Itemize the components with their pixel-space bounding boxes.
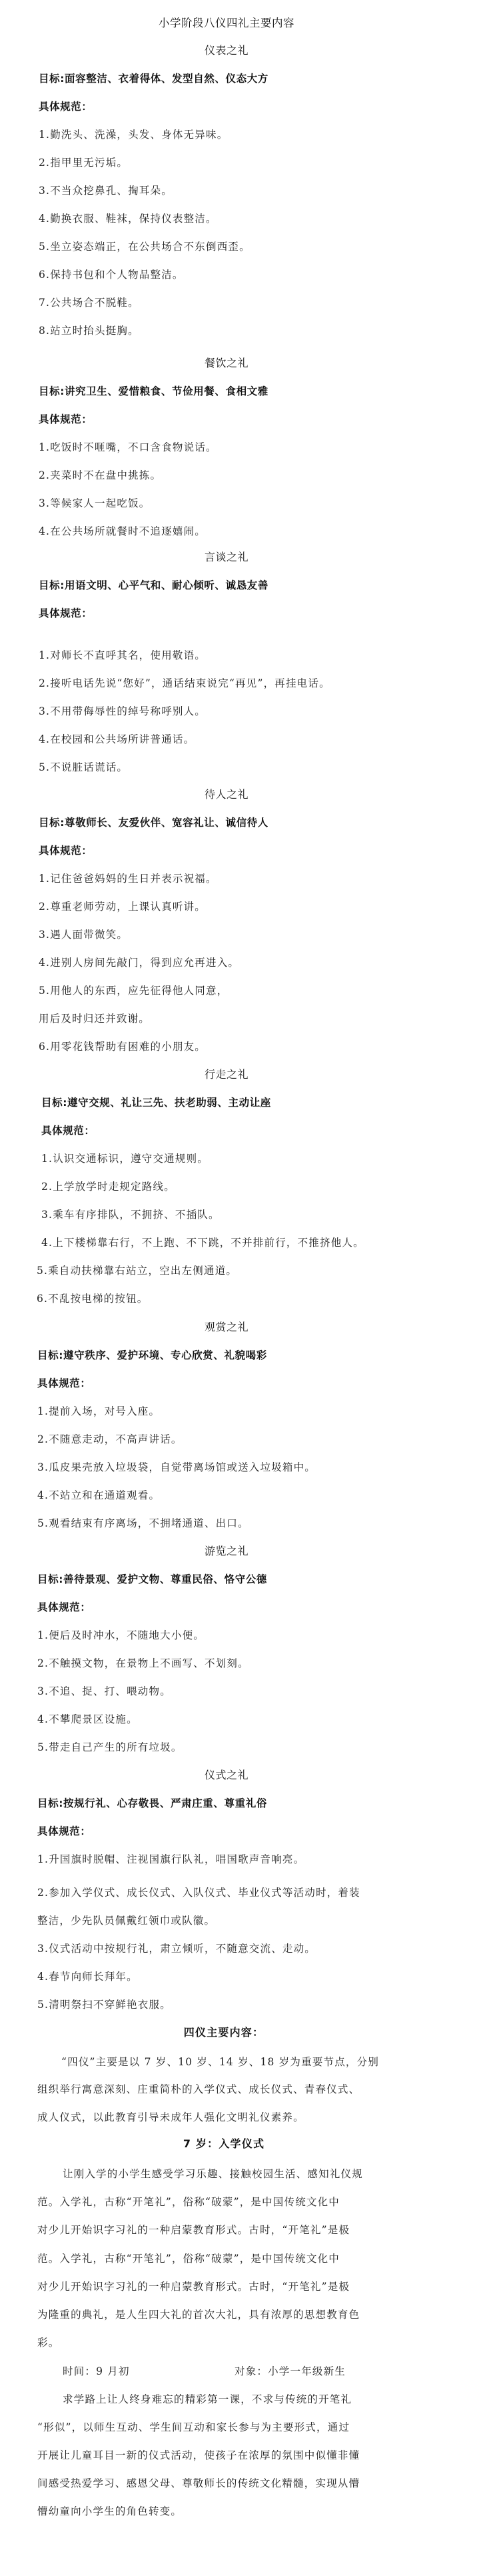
paragraph-line: 对少儿开始识字习礼的一种启蒙教育形式。古时，“开笔礼”是极	[37, 2223, 350, 2237]
section-heading-treating-others: 待人之礼	[0, 787, 453, 802]
section-goal: 目标:用语文明、心平气和、耐心倾听、诚恳友善	[39, 578, 268, 593]
list-item: 3.不当众挖鼻孔、掏耳朵。	[39, 183, 173, 198]
list-item: 1.升国旗时脱帽、注视国旗行队礼，唱国歌声音响亮。	[37, 1852, 304, 1867]
list-item: 1.吃饭时不咂嘴，不口含食物说话。	[39, 440, 217, 455]
paragraph-line: “形似”，以师生互动、学生间互动和家长参与为主要形式，通过	[37, 2420, 350, 2435]
section-goal: 目标:面容整洁、衣着得体、发型自然、仪态大方	[39, 71, 268, 86]
list-item: 2.接听电话先说“您好”，通话结束说完“再见”，再挂电话。	[39, 676, 330, 691]
list-item: 5.观看结束有序离场，不拥堵通道、出口。	[37, 1516, 249, 1531]
list-item: 1.对师长不直呼其名，使用敬语。	[39, 648, 206, 663]
spec-label: 具体规范：	[41, 1123, 95, 1138]
age7-heading: 7 岁：入学仪式	[0, 2137, 448, 2151]
spec-label: 具体规范：	[37, 1600, 91, 1615]
list-item: 6.用零花钱帮助有困难的小朋友。	[39, 1039, 206, 1054]
list-item: 5.用他人的东西，应先征得他人同意，	[39, 983, 228, 998]
list-item: 1.便后及时冲水，不随地大小便。	[37, 1628, 205, 1643]
list-item: 5.坐立姿态端正，在公共场合不东倒西歪。	[39, 239, 250, 254]
spec-label: 具体规范：	[37, 1824, 91, 1839]
paragraph-line: 间感受热爱学习、感恩父母、尊敬师长的传统文化精髓，实现从懵	[37, 2476, 360, 2491]
paragraph-line: 对少儿开始识字习礼的一种启蒙教育形式。古时，“开笔礼”是极	[37, 2279, 350, 2294]
list-item: 2.指甲里无污垢。	[39, 155, 128, 170]
paragraph-line: 开展让儿童耳目一新的仪式活动，使孩子在浓厚的氛围中似懂非懂	[37, 2448, 360, 2463]
section-heading-dining: 餐饮之礼	[0, 356, 453, 371]
paragraph-line: 懵幼童向小学生的角色转变。	[37, 2504, 182, 2519]
list-item: 2.不随意走动，不高声讲话。	[37, 1432, 183, 1447]
section-goal: 目标:尊敬师长、友爱伙伴、宽容礼让、诚信待人	[39, 815, 268, 830]
list-item: 2.夹菜时不在盘中挑拣。	[39, 468, 161, 483]
section-goal: 目标:遵守交规、礼让三先、扶老助弱、主动让座	[41, 1095, 271, 1110]
list-item: 3.瓜皮果壳放入垃圾袋，自觉带离场馆或送入垃圾箱中。	[37, 1460, 316, 1475]
spec-label: 具体规范：	[37, 1376, 91, 1391]
document-title: 小学阶段八仪四礼主要内容	[0, 16, 453, 31]
section-heading-speech: 言谈之礼	[0, 550, 453, 565]
section-heading-ceremony: 仪式之礼	[0, 1768, 453, 1783]
list-item: 2.尊重老师劳动，上课认真听讲。	[39, 899, 206, 914]
list-item: 用后及时归还并致谢。	[39, 1011, 150, 1026]
list-item: 2.不触摸文物，在景物上不画写、不划刻。	[37, 1656, 249, 1671]
list-item: 3.仪式活动中按规行礼，肃立倾听，不随意交流、走动。	[37, 1941, 316, 1956]
section-goal: 目标:讲究卫生、爱惜粮食、节俭用餐、食相文雅	[39, 384, 268, 399]
list-item: 4.勤换衣服、鞋袜，保持仪表整洁。	[39, 211, 217, 226]
list-item: 5.不说脏话谎话。	[39, 760, 128, 775]
paragraph-line: 为隆重的典礼，是人生四大礼的首次大礼，具有浓厚的思想教育色	[37, 2307, 360, 2322]
list-item: 5.乘自动扶梯靠右站立，空出左侧通道。	[37, 1263, 237, 1278]
section-goal: 目标:遵守秩序、爱护环境、专心欣赏、礼貌喝彩	[37, 1348, 267, 1363]
list-item: 3.不追、捉、打、喂动物。	[37, 1684, 171, 1699]
section-goal: 目标:按规行礼、心存敬畏、严肃庄重、尊重礼俗	[37, 1796, 267, 1811]
list-item: 6.不乱按电梯的按钮。	[37, 1291, 149, 1306]
paragraph-line: 让刚入学的小学生感受学习乐趣、接触校园生活、感知礼仪规	[63, 2167, 363, 2181]
list-item: 4.在校园和公共场所讲普通话。	[39, 732, 195, 747]
list-item: 8.站立时抬头挺胸。	[39, 323, 139, 338]
list-item: 1.记住爸爸妈妈的生日并表示祝福。	[39, 871, 217, 886]
section-heading-walking: 行走之礼	[0, 1067, 453, 1082]
section-heading-viewing: 观赏之礼	[0, 1320, 453, 1335]
list-item: 6.保持书包和个人物品整洁。	[39, 267, 184, 282]
list-item: 5.带走自己产生的所有垃圾。	[37, 1740, 183, 1755]
list-item: 3.不用带侮辱性的绰号称呼别人。	[39, 704, 206, 719]
list-item: 4.在公共场所就餐时不追逐嬉闹。	[39, 524, 206, 539]
paragraph-line: “四仪”主要是以 7 岁、10 岁、14 岁、18 岁为重要节点，分别	[61, 2055, 379, 2069]
spec-label: 具体规范：	[39, 412, 93, 427]
paragraph-line: 组织举行寓意深刻、庄重简朴的入学仪式、成长仪式、青春仪式、	[37, 2082, 360, 2097]
list-item: 1.勤洗头、洗澡，头发、身体无异味。	[39, 127, 228, 142]
document-page: 小学阶段八仪四礼主要内容 仪表之礼 目标:面容整洁、衣着得体、发型自然、仪态大方…	[0, 0, 485, 2576]
list-item: 1.提前入场，对号入座。	[37, 1404, 160, 1419]
spec-label: 具体规范：	[39, 843, 93, 858]
list-item: 4.不攀爬景区设施。	[37, 1712, 138, 1727]
paragraph-line: 范。入学礼，古称“开笔礼”，俗称“破蒙”，是中国传统文化中	[37, 2251, 340, 2266]
list-item: 4.春节向师长拜年。	[37, 1969, 138, 1984]
list-item: 2.上学放学时走规定路线。	[41, 1179, 175, 1194]
paragraph-line: 求学路上让人终身难忘的精彩第一课，不求与传统的开笔礼	[63, 2392, 352, 2407]
time-label: 时间：9 月初	[63, 2364, 130, 2379]
list-item: 4.不站立和在通道观看。	[37, 1488, 160, 1503]
list-item: 5.清明祭扫不穿鲜艳衣服。	[37, 1997, 171, 2012]
list-item: 整洁，少先队员佩戴红领巾或队徽。	[37, 1913, 215, 1928]
list-item: 1.认识交通标识，遵守交通规则。	[41, 1151, 209, 1166]
spec-label: 具体规范：	[39, 606, 93, 621]
section-goal: 目标:善待景观、爱护文物、尊重民俗、恪守公德	[37, 1572, 267, 1587]
list-item: 4.上下楼梯靠右行，不上跑、不下跳，不并排前行，不推挤他人。	[41, 1235, 364, 1250]
paragraph-line: 范。入学礼，古称“开笔礼”，俗称“破蒙”，是中国传统文化中	[37, 2195, 340, 2209]
list-item: 2.参加入学仪式、成长仪式、入队仪式、毕业仪式等活动时，着装	[37, 1885, 360, 1900]
list-item: 4.进别人房间先敲门，得到应允再进入。	[39, 955, 239, 970]
list-item: 3.乘车有序排队，不拥挤、不插队。	[41, 1207, 220, 1222]
section-heading-touring: 游览之礼	[0, 1544, 453, 1559]
section-heading-appearance: 仪表之礼	[0, 43, 453, 58]
target-label: 对象：小学一年级新生	[235, 2364, 346, 2379]
list-item: 3.等候家人一起吃饭。	[39, 496, 151, 511]
list-item: 3.遇人面带微笑。	[39, 927, 128, 942]
paragraph-line: 彩。	[37, 2335, 59, 2350]
spec-label: 具体规范：	[39, 99, 93, 114]
four-ceremonies-heading: 四仪主要内容：	[0, 2025, 448, 2040]
list-item: 7.公共场合不脱鞋。	[39, 295, 139, 310]
paragraph-line: 成人仪式，以此教育引导未成年人强化文明礼仪素养。	[37, 2110, 304, 2125]
